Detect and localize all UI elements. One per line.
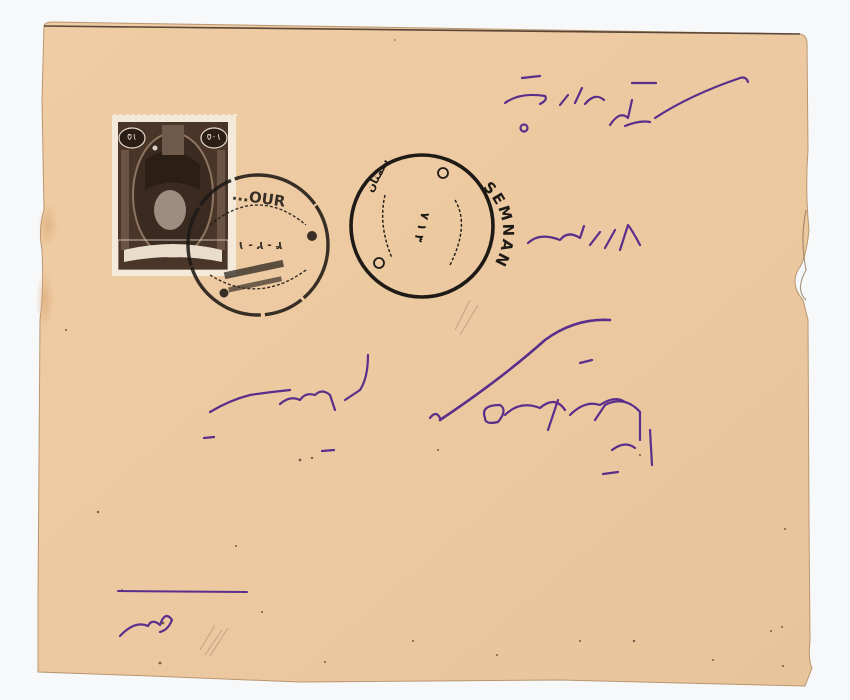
underline-rule [118,591,247,592]
envelope-illustration: ۱۵ ۱۰۵ ...OUR ۴ - ۲ - ۱ SEMNAN [0,0,850,700]
stamp-denomination-right: ۱۰۵ [207,131,222,141]
star-ornament-icon [307,231,317,241]
envelope-photo: ۱۵ ۱۰۵ ...OUR ۴ - ۲ - ۱ SEMNAN [0,0,850,700]
stamp-denomination-left: ۱۵ [127,131,137,141]
origin-postmark-date: ۴ - ۲ - ۱ [238,239,283,252]
stamp: ۱۵ ۱۰۵ [112,114,238,276]
star-ornament-icon [220,289,229,298]
